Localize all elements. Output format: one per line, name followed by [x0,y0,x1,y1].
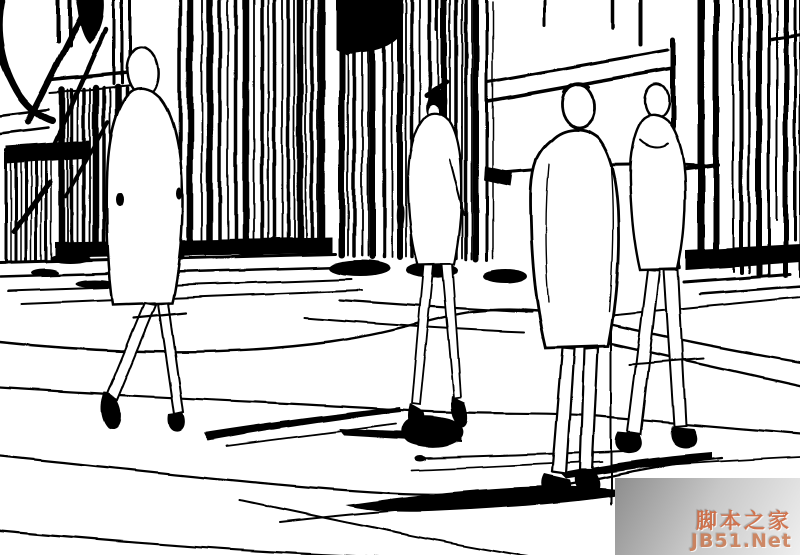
watermark-site-name: 脚本之家 [696,510,792,532]
figure-middle-body [408,112,462,265]
figure-right-body [630,115,686,270]
figure-main-pedestrian [531,83,619,499]
figure-right-legs [628,270,660,434]
figure-main-legs [552,348,574,474]
figure-main-body [531,130,619,348]
figure-right-feet [615,432,642,453]
figure-right-head [645,84,669,118]
figure-left-pedestrian [101,45,186,431]
sketch-canvas [0,0,800,555]
watermark-panel: 脚本之家 JB51.Net [615,478,800,555]
figure-middle-legs [412,265,434,405]
watermark-site-url: JB51.Net [691,532,792,552]
sketch-image: 脚本之家 JB51.Net [0,0,800,555]
figure-middle-pedestrian [396,82,468,436]
colonnade-right [684,0,800,294]
